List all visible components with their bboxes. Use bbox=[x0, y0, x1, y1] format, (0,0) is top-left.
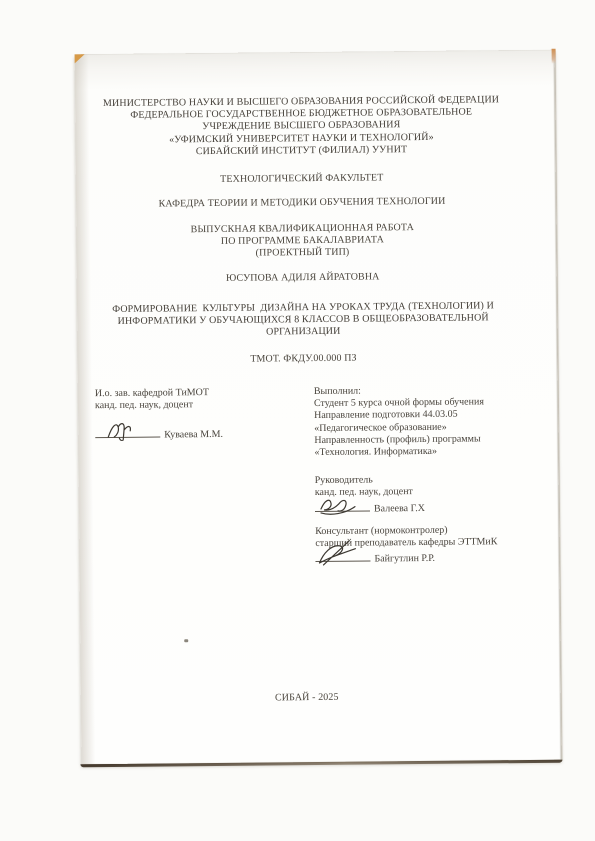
faculty-name: ТЕХНОЛОГИЧЕСКИЙ ФАКУЛЬТЕТ bbox=[76, 171, 528, 188]
department-name: КАФЕДРА ТЕОРИИ И МЕТОДИКИ ОБУЧЕНИЯ ТЕХНО… bbox=[76, 195, 528, 212]
supervisor-name: Валеева Г.Х bbox=[370, 503, 425, 515]
kuvaeva-signature bbox=[105, 418, 147, 440]
scanned-title-page: МИНИСТЕРСТВО НАУКИ И ВЫСШЕГО ОБРАЗОВАНИЯ… bbox=[75, 50, 562, 765]
performer-block: Выполнил: Студент 5 курса очной формы об… bbox=[314, 384, 531, 566]
signature-line bbox=[315, 500, 370, 512]
consultant-name: Байгутлин Р.Р. bbox=[370, 553, 435, 565]
scan-background: МИНИСТЕРСТВО НАУКИ И ВЫСШЕГО ОБРАЗОВАНИЯ… bbox=[0, 0, 595, 841]
supervisor-degree: канд. пед. наук, доцент bbox=[315, 485, 530, 499]
document-code: ТМОТ. ФКДУ.00.000 ПЗ bbox=[77, 351, 529, 368]
approval-signer-name: Куваева М.М. bbox=[160, 429, 223, 441]
scan-speck bbox=[184, 639, 188, 642]
folded-corner-top-right bbox=[552, 49, 556, 64]
consultant-degree: старший преподаватель кафедры ЭТТМиК bbox=[315, 536, 530, 550]
author-name: ЮСУПОВА АДИЛЯ АЙРАТОВНА bbox=[77, 270, 529, 287]
folded-corner-top-left bbox=[75, 54, 85, 63]
ministry-header: МИНИСТЕРСТВО НАУКИ И ВЫСШЕГО ОБРАЗОВАНИЯ… bbox=[75, 94, 528, 159]
approval-signature-row: Куваева М.М. bbox=[95, 425, 309, 442]
consultant-signature-row: Байгутлин Р.Р. bbox=[315, 549, 530, 566]
work-type: ВЫПУСКНАЯ КВАЛИФИКАЦИОННАЯ РАБОТА ПО ПРО… bbox=[76, 221, 528, 262]
signature-line bbox=[95, 426, 160, 438]
signature-line bbox=[315, 551, 370, 563]
city-year: СИБАЙ - 2025 bbox=[81, 690, 533, 707]
thesis-title: ФОРМИРОВАНИЕ КУЛЬТУРЫ ДИЗАЙНА НА УРОКАХ … bbox=[77, 300, 529, 341]
approval-block: И.о. зав. кафедрой ТиМОТ канд. пед. наук… bbox=[95, 386, 310, 442]
approval-line: канд. пед. наук, доцент bbox=[95, 398, 309, 412]
supervisor-signature-row: Валеева Г.Х bbox=[315, 499, 530, 516]
